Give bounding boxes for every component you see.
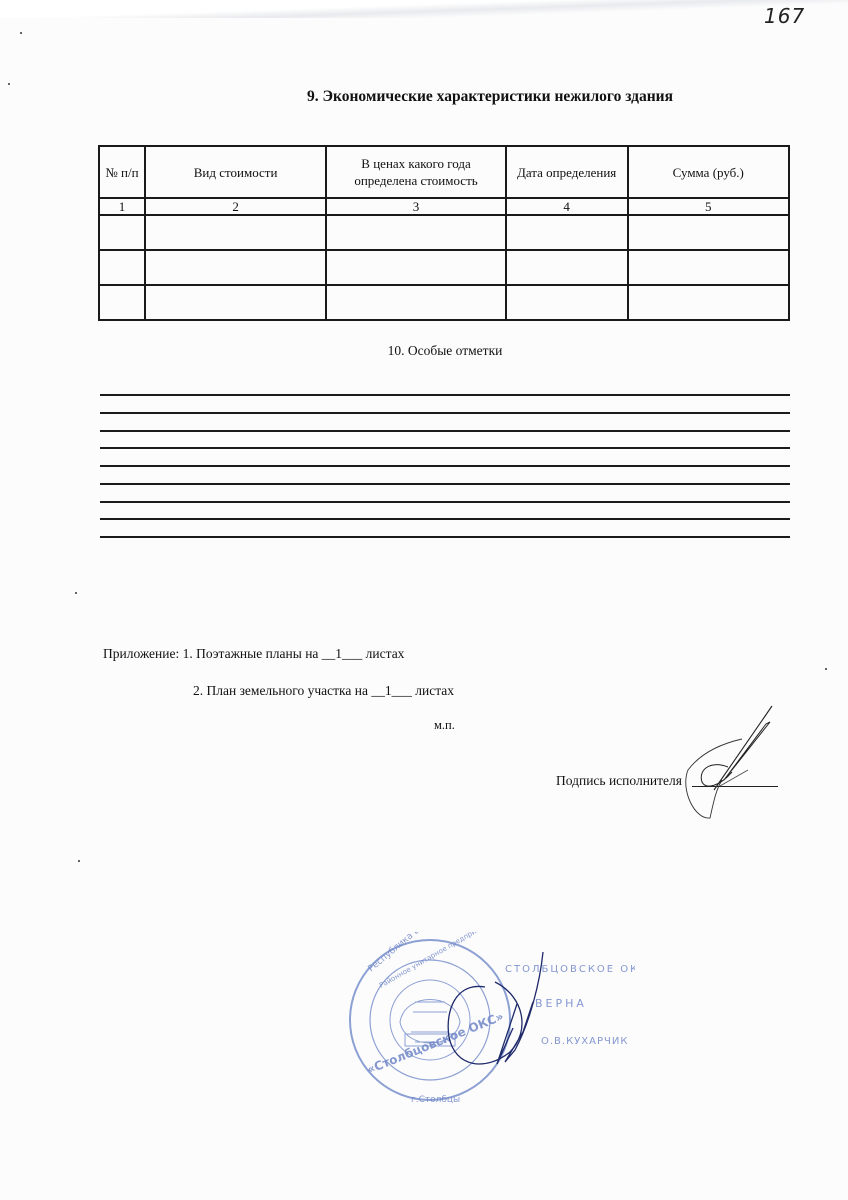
table-cell bbox=[628, 285, 789, 320]
official-stamp-icon: Республика Беларусь Минская область Райо… bbox=[345, 932, 635, 1110]
stamp-city: г.Столбцы bbox=[411, 1095, 460, 1105]
stamp-side-line-2: ВЕРНА bbox=[535, 997, 587, 1010]
column-number: 2 bbox=[145, 198, 326, 215]
table-header-row: № п/п Вид стоимости В ценах какого года … bbox=[99, 146, 789, 198]
column-number: 1 bbox=[99, 198, 145, 215]
notes-line bbox=[100, 394, 790, 396]
scan-speck bbox=[78, 860, 80, 862]
notes-line bbox=[100, 412, 790, 414]
table-cell bbox=[628, 250, 789, 285]
notes-line bbox=[100, 447, 790, 449]
scan-speck bbox=[20, 32, 22, 34]
column-number: 4 bbox=[506, 198, 628, 215]
notes-line bbox=[100, 430, 790, 432]
notes-line bbox=[100, 501, 790, 503]
table-cell bbox=[99, 285, 145, 320]
stamp-org-name: «Столбцовское ОКС» bbox=[365, 1009, 506, 1077]
section-10-title: 10. Особые отметки bbox=[0, 343, 848, 359]
stamp-side-line-3: О.В.КУХАРЧИК bbox=[541, 1036, 628, 1047]
table-row bbox=[99, 285, 789, 320]
notes-line bbox=[100, 483, 790, 485]
table-cell bbox=[99, 215, 145, 250]
table-cell bbox=[628, 215, 789, 250]
table-cell bbox=[506, 215, 628, 250]
table-cell bbox=[326, 285, 505, 320]
scan-speck bbox=[8, 83, 10, 85]
table-cell bbox=[326, 215, 505, 250]
stamp-side-line-1: СТОЛБЦОВСКОЕ ОКСР bbox=[505, 964, 635, 975]
header-value-type: Вид стоимости bbox=[145, 146, 326, 198]
appendix-item-2: 2. План земельного участка на __1___ лис… bbox=[193, 683, 454, 699]
header-number: № п/п bbox=[99, 146, 145, 198]
scan-speck bbox=[825, 668, 827, 670]
table-cell bbox=[326, 250, 505, 285]
header-sum: Сумма (руб.) bbox=[628, 146, 789, 198]
table-cell bbox=[506, 285, 628, 320]
table-cell bbox=[145, 215, 326, 250]
section-9-title: 9. Экономические характеристики нежилого… bbox=[0, 88, 848, 106]
scan-speck bbox=[75, 592, 77, 594]
table-cell bbox=[145, 285, 326, 320]
column-number-row: 1 2 3 4 5 bbox=[99, 198, 789, 215]
column-number: 5 bbox=[628, 198, 789, 215]
table-cell bbox=[506, 250, 628, 285]
table-cell bbox=[145, 250, 326, 285]
notes-line bbox=[100, 465, 790, 467]
executor-signature-icon bbox=[640, 700, 780, 825]
header-date: Дата определения bbox=[506, 146, 628, 198]
column-number: 3 bbox=[326, 198, 505, 215]
header-price-year: В ценах какого года определена стоимость bbox=[326, 146, 505, 198]
handwritten-page-number: 167 bbox=[764, 4, 805, 28]
seal-place-label: м.п. bbox=[434, 718, 455, 733]
notes-line bbox=[100, 536, 790, 538]
table-cell bbox=[99, 250, 145, 285]
table-row bbox=[99, 215, 789, 250]
table-row bbox=[99, 250, 789, 285]
appendix-item-1: Приложение: 1. Поэтажные планы на __1___… bbox=[103, 646, 404, 662]
scan-top-edge bbox=[0, 0, 848, 18]
notes-line bbox=[100, 518, 790, 520]
economic-characteristics-table: № п/п Вид стоимости В ценах какого года … bbox=[98, 145, 790, 321]
